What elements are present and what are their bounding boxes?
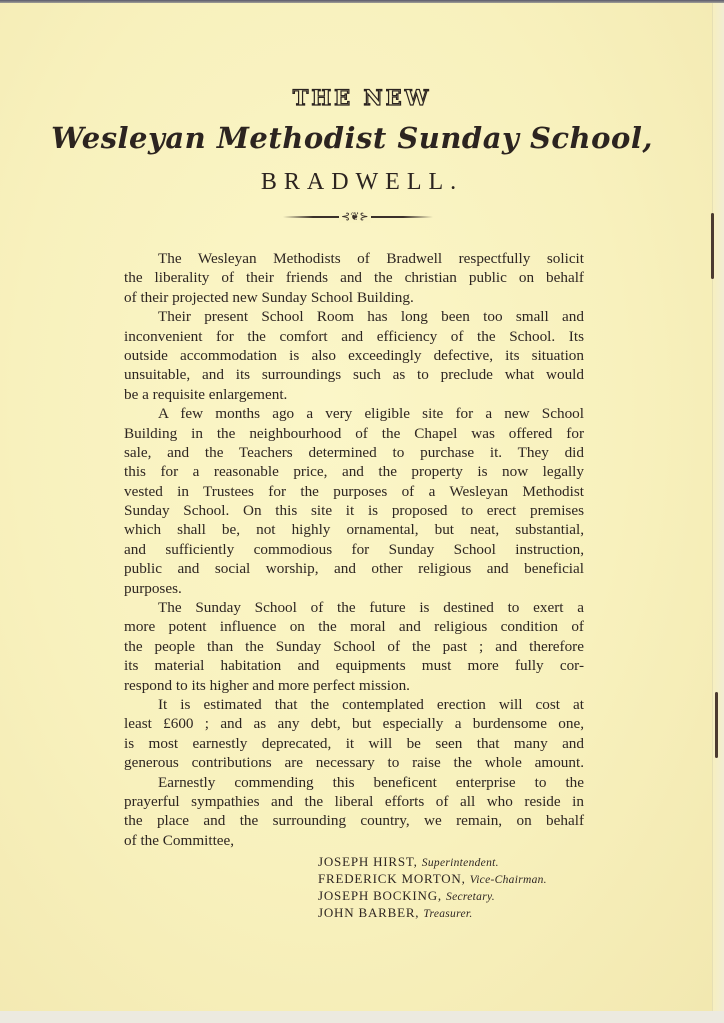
- paragraph-2: Their present School Room has long been …: [124, 307, 584, 404]
- signatory-role: Superintendent.: [422, 857, 499, 869]
- text-line: this for a reasonable price, and the pro…: [124, 462, 584, 481]
- text-line: of their projected new Sunday School Bui…: [124, 288, 584, 307]
- staple-top-icon: [711, 213, 714, 279]
- text-line: The Wesleyan Methodists of Bradwell resp…: [124, 249, 584, 268]
- text-line: Earnestly commending this beneficent ent…: [124, 773, 584, 792]
- paragraph-4: The Sunday School of the future is desti…: [124, 598, 584, 695]
- page-spine-edge: [712, 3, 724, 1011]
- signatory-role: Treasurer.: [423, 908, 472, 920]
- text-line: outside accommodation is also exceedingl…: [124, 346, 584, 365]
- text-line: Sunday School. On this site it is propos…: [124, 501, 584, 520]
- signature-block: JOSEPH HIRST, Superintendent. FREDERICK …: [318, 853, 547, 921]
- text-line: sale, and the Teachers determined to pur…: [124, 443, 584, 462]
- text-line: more potent influence on the moral and r…: [124, 617, 584, 636]
- paragraph-5: It is estimated that the contemplated er…: [124, 695, 584, 773]
- document-page: THE NEW Wesleyan Methodist Sunday School…: [0, 3, 712, 1011]
- text-line: unsuitable, and its surroundings such as…: [124, 365, 584, 384]
- heading-the-new: THE NEW: [0, 85, 712, 110]
- text-line: and sufficiently commodious for Sunday S…: [124, 540, 584, 559]
- text-line: the liberality of their friends and the …: [124, 268, 584, 287]
- text-line: generous contributions are necessary to …: [124, 753, 584, 772]
- signatory-name: JOSEPH BOCKING,: [318, 888, 442, 903]
- text-line: least £600 ; and as any debt, but especi…: [124, 714, 584, 733]
- text-line: purposes.: [124, 579, 584, 598]
- text-line: inconvenient for the comfort and efficie…: [124, 327, 584, 346]
- text-line: public and social worship, and other rel…: [124, 559, 584, 578]
- scan-bottom-edge: [0, 1011, 724, 1023]
- text-line: which shall be, not highly ornamental, b…: [124, 520, 584, 539]
- text-line: is most earnestly deprecated, it will be…: [124, 734, 584, 753]
- signatory-role: Vice-Chairman.: [470, 874, 547, 886]
- heading-school-name: Wesleyan Methodist Sunday School,: [0, 121, 712, 155]
- text-line: the place and the surrounding country, w…: [124, 811, 584, 830]
- text-line: its material habitation and equipments m…: [124, 656, 584, 675]
- signatory-name: JOSEPH HIRST,: [318, 854, 418, 869]
- text-line: vested in Trustees for the purposes of a…: [124, 482, 584, 501]
- text-line: of the Committee,: [124, 831, 584, 850]
- text-line: The Sunday School of the future is desti…: [124, 598, 584, 617]
- signatory-vice-chairman: FREDERICK MORTON, Vice-Chairman.: [318, 870, 547, 887]
- signatory-name: JOHN BARBER,: [318, 905, 419, 920]
- text-line: respond to its higher and more perfect m…: [124, 676, 584, 695]
- body-text: The Wesleyan Methodists of Bradwell resp…: [124, 249, 584, 850]
- ornament-flourish-icon: ⊰❦⊱: [339, 210, 371, 223]
- text-line: Their present School Room has long been …: [124, 307, 584, 326]
- signatory-treasurer: JOHN BARBER, Treasurer.: [318, 904, 547, 921]
- paragraph-1: The Wesleyan Methodists of Bradwell resp…: [124, 249, 584, 307]
- text-line: It is estimated that the contemplated er…: [124, 695, 584, 714]
- signatory-secretary: JOSEPH BOCKING, Secretary.: [318, 887, 547, 904]
- signatory-role: Secretary.: [446, 891, 495, 903]
- text-line: be a requisite enlargement.: [124, 385, 584, 404]
- text-line: prayerful sympathies and the liberal eff…: [124, 792, 584, 811]
- signatory-superintendent: JOSEPH HIRST, Superintendent.: [318, 853, 547, 870]
- text-line: the people than the Sunday School of the…: [124, 637, 584, 656]
- heading-place: BRADWELL.: [0, 169, 712, 196]
- staple-bottom-icon: [715, 692, 718, 758]
- paragraph-3: A few months ago a very eligible site fo…: [124, 404, 584, 598]
- text-line: A few months ago a very eligible site fo…: [124, 404, 584, 423]
- paragraph-6: Earnestly commending this beneficent ent…: [124, 773, 584, 851]
- text-line: Building in the neighbourhood of the Cha…: [124, 424, 584, 443]
- signatory-name: FREDERICK MORTON,: [318, 871, 466, 886]
